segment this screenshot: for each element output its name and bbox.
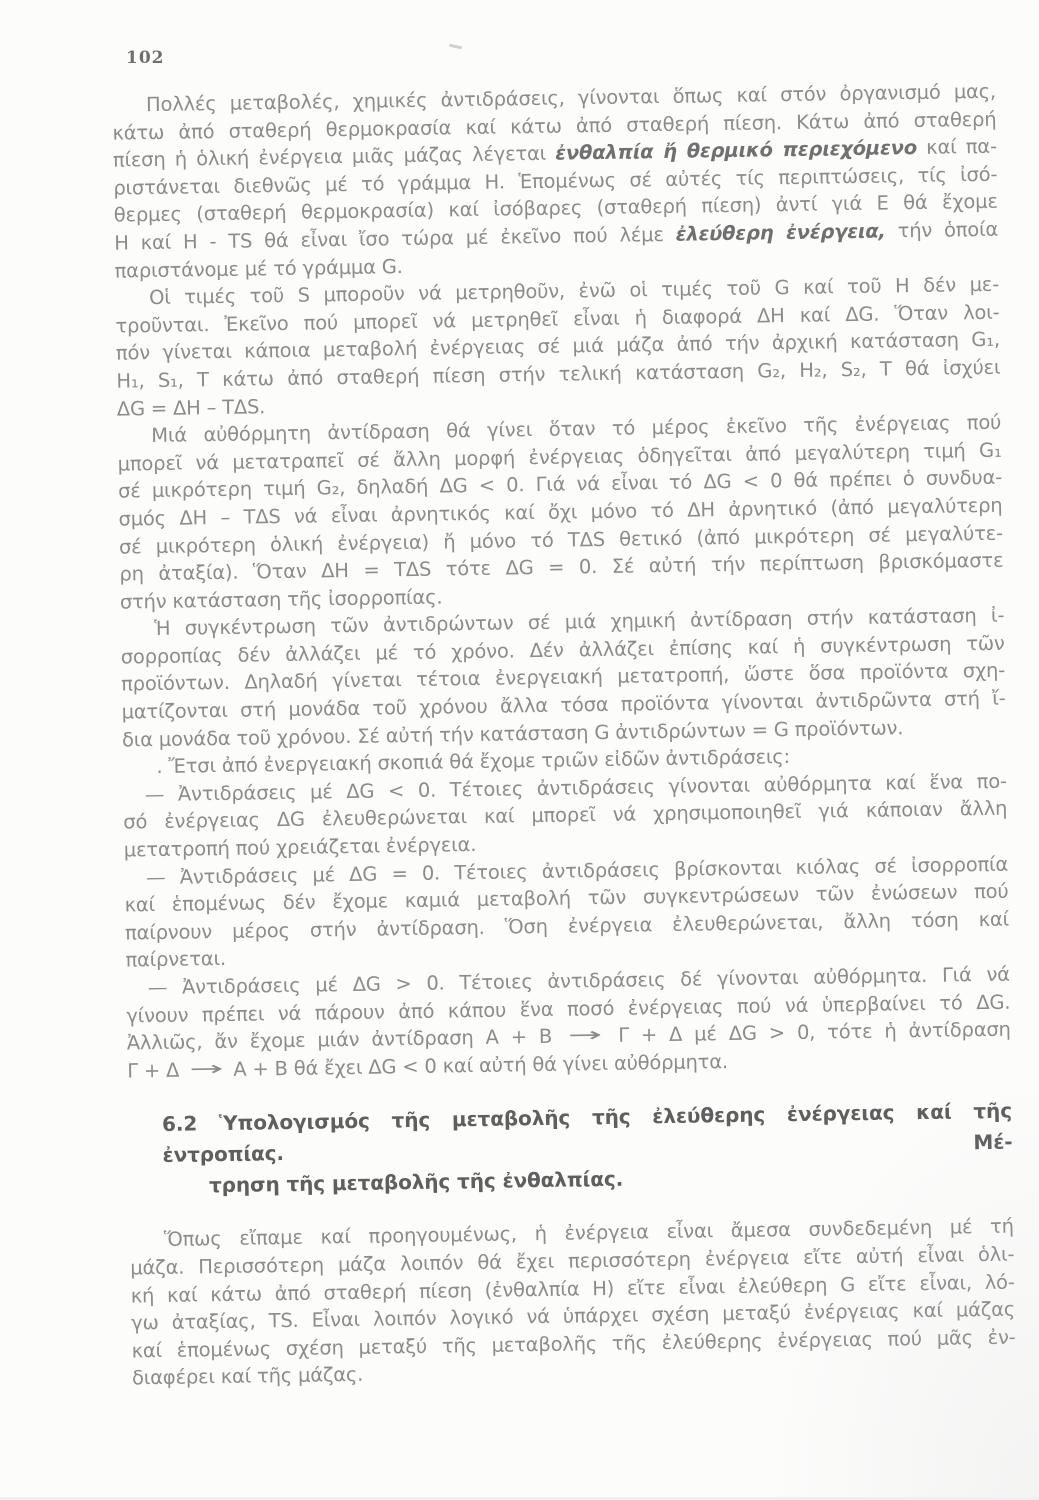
- text-segment: παριστάνομε μέ τό γράμμα G.: [114, 255, 402, 283]
- text-segment: ΔG = ΔΗ – ΤΔS.: [117, 395, 266, 420]
- text-segment: παίρνεται.: [125, 947, 226, 972]
- text-segment: Ἀλλιῶς, ἄν ἔχομε μιάν ἀντίδραση Α + Β: [127, 1025, 565, 1055]
- paragraph: Ὅπως εἴπαμε καί προηγουμένως, ἡ ἐνέργεια…: [130, 1213, 1016, 1392]
- bullet-item: — Ἀντιδράσεις μέ ΔG < 0. Τέτοιες ἀντιδρά…: [123, 767, 1008, 864]
- text-segment: διαφέρει καί τῆς μάζας.: [132, 1363, 363, 1390]
- text-segment: στήν κατάσταση τῆς ἰσορροπίας.: [120, 585, 443, 613]
- page-number: 102: [126, 48, 165, 68]
- text-segment: τρηση τῆς μεταβολῆς τῆς ἐνθαλπίας.: [209, 1167, 623, 1198]
- text-segment: μετατροπή πού χρειάζεται ἐνέργεια.: [124, 833, 477, 862]
- right-arrow: →: [568, 1021, 602, 1049]
- text-segment: καί πα-: [917, 135, 997, 159]
- section-heading: 6.2 Ὑπολογισμός τῆς μεταβολῆς τῆς ἐλεύθε…: [128, 1096, 1013, 1203]
- text-segment: Α + Β θά ἔχει ΔG < 0 καί αὐτή θά γίνει α…: [227, 1050, 728, 1081]
- paragraph: Ἡ συγκέντρωση τῶν ἀντιδρώντων σέ μιά χημ…: [120, 602, 1006, 754]
- text-segment: 6.2 Ὑπολογισμός τῆς μεταβολῆς τῆς ἐλεύθε…: [162, 1099, 1013, 1167]
- text-segment: πίεση ἡ ὁλική ἐνέργεια μιᾶς μάζας λέγετα…: [113, 142, 556, 172]
- paragraph: Πολλές μεταβολές, χημικές ἀντιδράσεις, γ…: [112, 78, 999, 285]
- text-segment: ἐλεύθερη ἐνέργεια,: [676, 219, 886, 245]
- scan-artifact-mark: [449, 44, 462, 50]
- text-segment: Γ + Δ: [127, 1058, 185, 1082]
- paragraph: Οἱ τιμές τοῦ S μποροῦν νά μετρηθοῦν, ἐνῶ…: [115, 271, 1001, 423]
- paragraph: Μιά αὐθόρμητη ἀντίδραση θά γίνει ὅταν τό…: [117, 409, 1004, 616]
- bullet-item: — Ἀντιδράσεις μέ ΔG > 0. Τέτοιες ἀντιδρά…: [126, 961, 1012, 1085]
- text-segment: ἐνθαλπία ἤ θερμικό περιεχόμενο: [555, 136, 917, 165]
- book-page: 102 Πολλές μεταβολές, χημικές ἀντιδράσει…: [0, 0, 1039, 1500]
- text-segment: Γ + Δ μέ ΔG > 0, τότε ἡ ἀντίδραση: [606, 1018, 1011, 1047]
- text-block: Πολλές μεταβολές, χημικές ἀντιδράσεις, γ…: [112, 78, 1016, 1393]
- right-arrow: →: [189, 1055, 223, 1083]
- text-segment: τήν ὁποία: [885, 218, 998, 243]
- bullet-item: — Ἀντιδράσεις μέ ΔG = 0. Τέτοιες ἀντιδρά…: [124, 850, 1010, 974]
